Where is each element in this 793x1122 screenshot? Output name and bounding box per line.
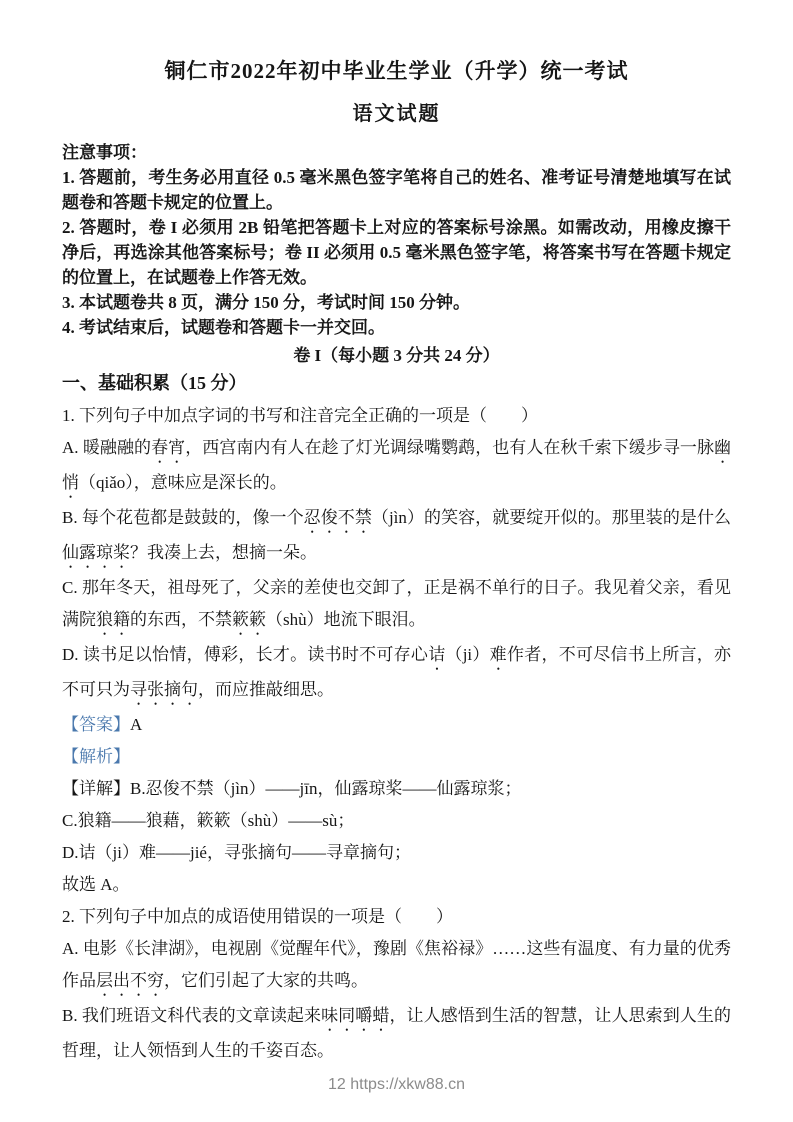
text-segment: 1. 下列句子中加点字词的书写和注音完全正确的一项是（ ） [62,406,538,425]
text-segment: A. 暖融融的 [62,438,151,457]
text-segment: ，它们引起了大家的共鸣。 [164,971,368,990]
doc-paragraph: D. 读书足以怡情，傅彩，长才。读书时不可存心诘（ji）难作者，不可尽信书上所言… [62,639,731,709]
emphasis-dotted-text: 忍俊不禁 [304,508,372,527]
exam-document-page: 铜仁市2022年初中毕业生学业（升学）统一考试 语文试题 注意事项： 1. 答题… [0,0,793,1122]
emphasis-dotted-text: 狼籍 [96,610,130,629]
text-segment: 【详解】B.忍俊不禁（jìn）——jīn，仙露琼桨——仙露琼浆； [62,779,521,798]
doc-paragraph: 故选 A。 [62,869,731,901]
document-title: 铜仁市2022年初中毕业生学业（升学）统一考试 [62,56,731,86]
text-segment: D.诘（ji）难——jié，寻张摘句——寻章摘句； [62,843,411,862]
text-segment: B. 每个花苞都是鼓鼓的，像一个 [62,508,304,527]
doc-paragraph: D.诘（ji）难——jié，寻张摘句——寻章摘句； [62,837,731,869]
emphasis-dotted-text: 仙露琼桨 [62,543,130,562]
emphasis-dotted-text: 寻张摘句 [130,680,198,699]
notice-section: 注意事项： 1. 答题前，考生务必用直径 0.5 毫米黑色签字笔将自己的姓名、准… [62,140,731,340]
emphasis-dotted-text: 层出不穷 [96,971,164,990]
doc-paragraph: 【解析】 [62,741,731,773]
section-heading: 卷 I（每小题 3 分共 24 分） [62,343,731,369]
doc-paragraph: A. 暖融融的春宵，西宫南内有人在趁了灯光调绿嘴鹦鹉，也有人在秋千索下缓步寻一脉… [62,432,731,502]
text-segment: （qiǎo），意味应是深长的。 [79,473,287,492]
text-segment: B. 我们班语文科代表的文章读起来 [62,1006,321,1025]
doc-paragraph: 【答案】A [62,709,731,741]
text-segment: 的东西，不禁 [130,610,232,629]
text-segment: ？我凑上去，想摘一朵。 [130,543,317,562]
emphasis-dotted-text: 难 [490,645,507,664]
doc-paragraph: C.狼籍——狼藉，簌簌（shù）——sù； [62,805,731,837]
document-content: 铜仁市2022年初中毕业生学业（升学）统一考试 语文试题 注意事项： 1. 答题… [0,0,793,1067]
notice-item: 1. 答题前，考生务必用直径 0.5 毫米黑色签字笔将自己的姓名、准考证号清楚地… [62,165,731,215]
doc-paragraph: B. 我们班语文科代表的文章读起来味同嚼蜡，让人感悟到生活的智慧，让人思索到人生… [62,1000,731,1067]
text-segment: D. 读书足以怡情，傅彩，长才。读书时不可存心 [62,645,428,664]
notice-item: 4. 考试结束后，试题卷和答题卡一并交回。 [62,315,731,340]
document-body: 1. 下列句子中加点字词的书写和注音完全正确的一项是（ ）A. 暖融融的春宵，西… [62,400,731,1067]
notice-item: 2. 答题时，卷 I 必须用 2B 铅笔把答题卡上对应的答案标号涂黑。如需改动，… [62,215,731,290]
text-segment: 故选 A。 [62,875,130,894]
doc-paragraph: 1. 下列句子中加点字词的书写和注音完全正确的一项是（ ） [62,400,731,432]
doc-paragraph: A. 电影《长津湖》，电视剧《觉醒年代》，豫剧《焦裕禄》……这些有温度、有力量的… [62,933,731,1000]
notice-heading: 注意事项： [62,140,731,165]
page-number: 12 [328,1076,350,1093]
answer-label: 【解析】 [62,747,130,766]
doc-paragraph: 2. 下列句子中加点的成语使用错误的一项是（ ） [62,901,731,933]
answer-label: 【答案】 [62,715,130,734]
text-segment: （shù）地流下眼泪。 [266,610,426,629]
doc-paragraph: C. 那年冬天，祖母死了，父亲的差使也交卸了，正是祸不单行的日子。我见着父亲，看… [62,572,731,639]
emphasis-dotted-text: 味同嚼蜡 [321,1006,389,1025]
text-segment: A [130,715,142,734]
emphasis-dotted-text: 簌簌 [232,610,266,629]
part-heading: 一、基础积累（15 分） [62,370,731,397]
text-segment: ，而应推敲细思。 [198,680,334,699]
emphasis-dotted-text: 诘 [428,645,445,664]
notice-list: 1. 答题前，考生务必用直径 0.5 毫米黑色签字笔将自己的姓名、准考证号清楚地… [62,165,731,340]
text-segment: 2. 下列句子中加点的成语使用错误的一项是（ ） [62,907,453,926]
notice-item: 3. 本试题卷共 8 页，满分 150 分，考试时间 150 分钟。 [62,290,731,315]
text-segment: （jìn）的笑容，就要绽开似的。那里装的是什么 [372,508,731,527]
text-segment: C.狼籍——狼藉，簌簌（shù）——sù； [62,811,354,830]
watermark-footer: 12 https://xkw88.cn [0,1076,793,1094]
text-segment: （ji） [445,645,489,664]
doc-paragraph: B. 每个花苞都是鼓鼓的，像一个忍俊不禁（jìn）的笑容，就要绽开似的。那里装的… [62,502,731,572]
emphasis-dotted-text: 春宵 [151,438,185,457]
doc-paragraph: 【详解】B.忍俊不禁（jìn）——jīn，仙露琼桨——仙露琼浆； [62,773,731,805]
text-segment: ，西宫南内有人在趁了灯光调绿嘴鹦鹉，也有人在秋千索下缓步寻一脉 [185,438,714,457]
document-subtitle: 语文试题 [62,100,731,128]
watermark-url: https://xkw88.cn [350,1076,465,1093]
